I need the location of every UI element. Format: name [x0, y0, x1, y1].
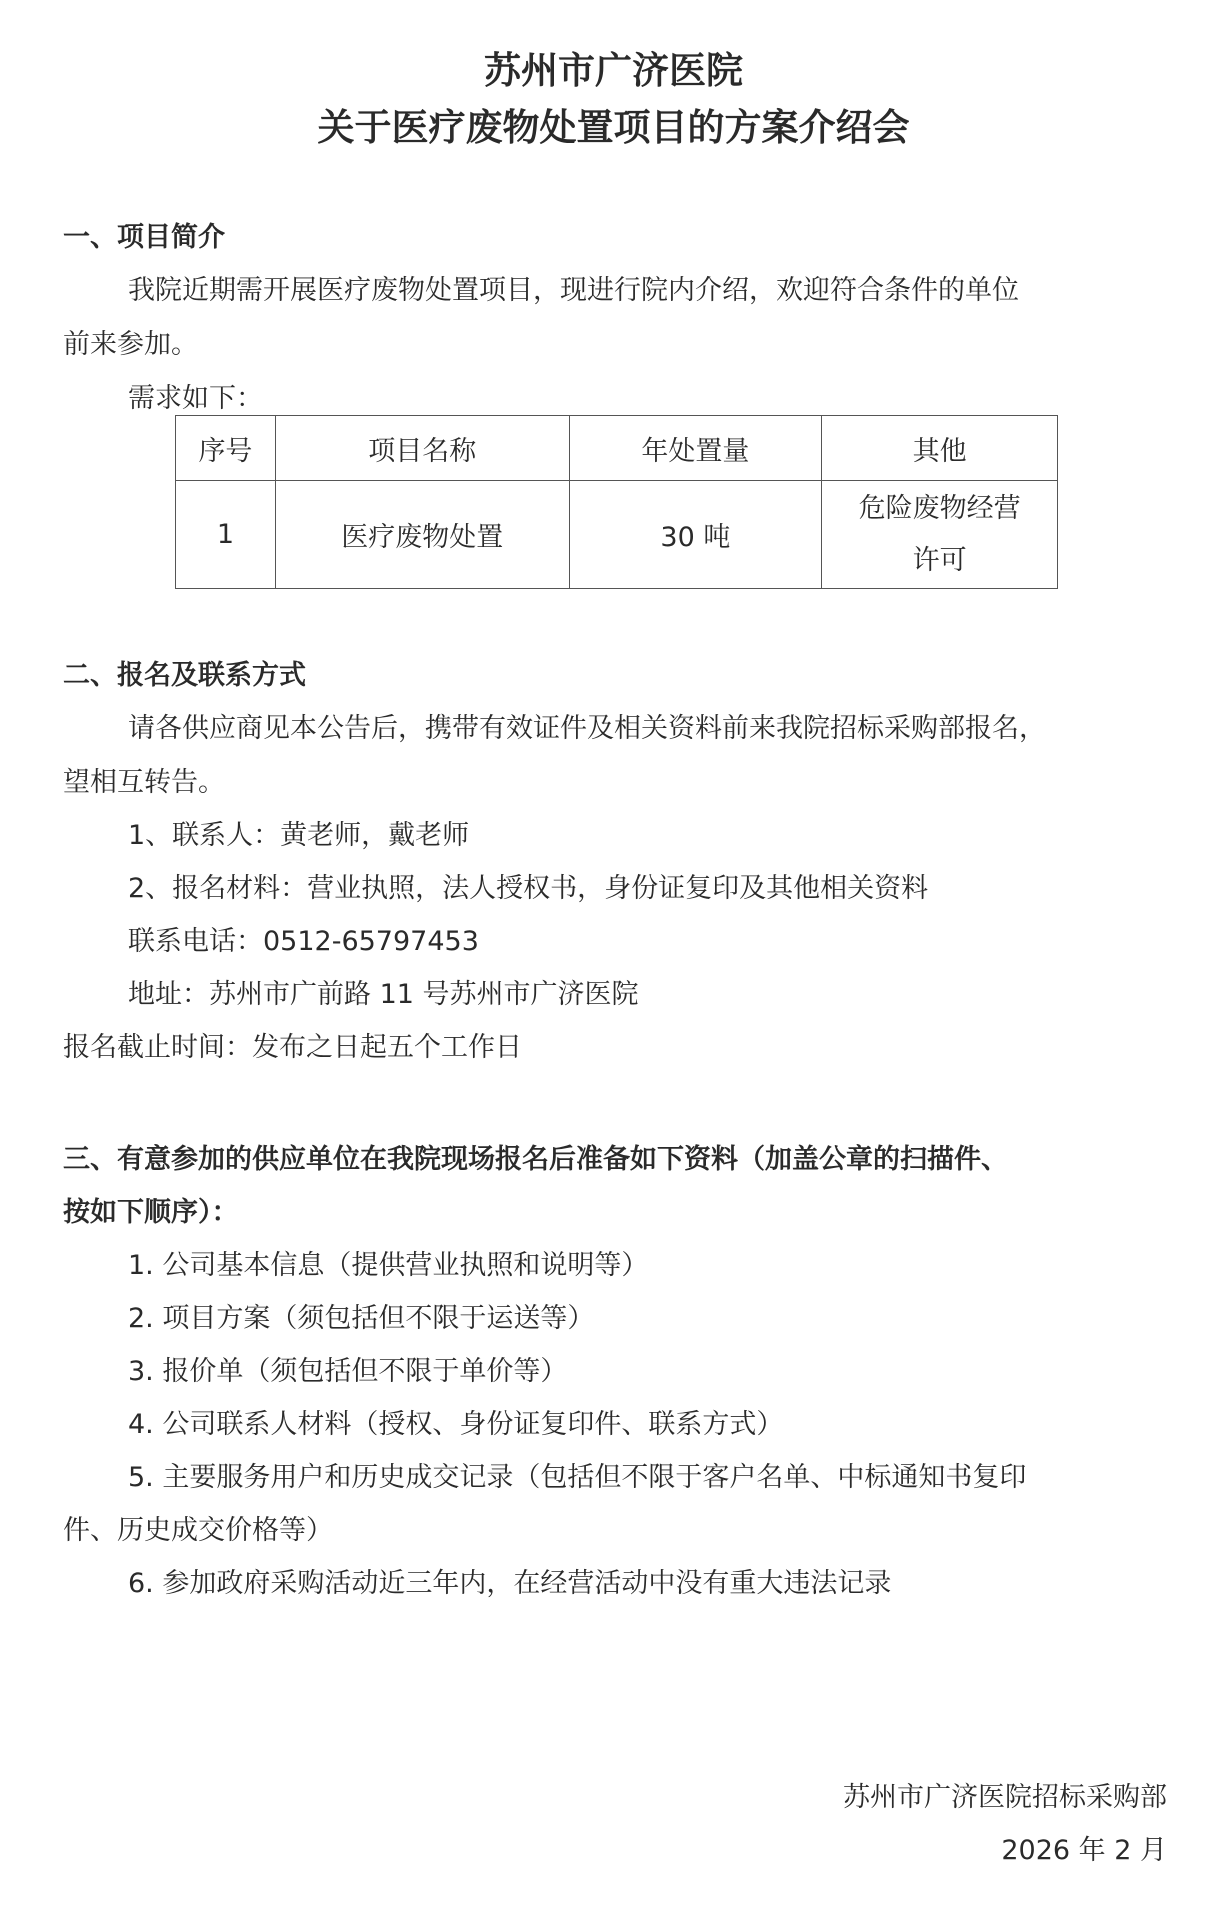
list-item: 3. 报价单（须包括但不限于单价等） [128, 1349, 567, 1388]
list-item: 1. 公司基本信息（提供营业执照和说明等） [128, 1243, 648, 1282]
registration-deadline: 报名截止时间：发布之日起五个工作日 [63, 1025, 522, 1064]
table-header-other: 其他 [822, 416, 1058, 481]
list-item: 5. 主要服务用户和历史成交记录（包括但不限于客户名单、中标通知书复印 [128, 1455, 1026, 1494]
contact-persons: 1、联系人：黄老师，戴老师 [128, 813, 469, 852]
address: 地址：苏州市广前路 11 号苏州市广济医院 [128, 972, 639, 1011]
table-header-row: 序号 项目名称 年处置量 其他 [176, 416, 1058, 481]
table-cell-volume: 30 吨 [569, 481, 822, 589]
section1-heading: 一、项目简介 [63, 215, 225, 254]
document-title-line1: 苏州市广济医院 [0, 40, 1227, 94]
table-cell-other-line1: 危险废物经营 [822, 483, 1057, 535]
table-row: 1 医疗废物处置 30 吨 危险废物经营 许可 [176, 481, 1058, 589]
table-cell-name: 医疗废物处置 [275, 481, 569, 589]
section2-paragraph-line1: 请各供应商见本公告后，携带有效证件及相关资料前来我院招标采购部报名， [128, 706, 1046, 745]
contact-phone: 联系电话：0512-65797453 [128, 919, 479, 958]
list-item: 4. 公司联系人材料（授权、身份证复印件、联系方式） [128, 1402, 783, 1441]
list-item-continuation: 件、历史成交价格等） [63, 1508, 333, 1547]
table-header-index: 序号 [176, 416, 276, 481]
section3-heading-line1: 三、有意参加的供应单位在我院现场报名后准备如下资料（加盖公章的扫描件、 [63, 1137, 1008, 1176]
section2-heading: 二、报名及联系方式 [63, 653, 306, 692]
requirements-table: 序号 项目名称 年处置量 其他 1 医疗废物处置 30 吨 危险废物经营 许可 [175, 415, 1058, 589]
list-item: 6. 参加政府采购活动近三年内，在经营活动中没有重大违法记录 [128, 1561, 891, 1600]
signature-date: 2026 年 2 月 [1001, 1828, 1167, 1867]
table-cell-other-line2: 许可 [822, 535, 1057, 587]
section2-paragraph-line2: 望相互转告。 [63, 760, 225, 799]
table-cell-index: 1 [176, 481, 276, 589]
table-cell-other: 危险废物经营 许可 [822, 481, 1058, 589]
signature-department: 苏州市广济医院招标采购部 [843, 1775, 1167, 1814]
table-header-volume: 年处置量 [569, 416, 822, 481]
table-header-name: 项目名称 [275, 416, 569, 481]
list-item: 2. 项目方案（须包括但不限于运送等） [128, 1296, 594, 1335]
section3-heading-line2: 按如下顺序）： [63, 1190, 239, 1229]
section1-paragraph-line2: 前来参加。 [63, 322, 198, 361]
requirements-label: 需求如下： [128, 376, 263, 415]
registration-materials: 2、报名材料：营业执照，法人授权书，身份证复印及其他相关资料 [128, 866, 928, 905]
section1-paragraph-line1: 我院近期需开展医疗废物处置项目，现进行院内介绍，欢迎符合条件的单位 [128, 268, 1019, 307]
document-title-line2: 关于医疗废物处置项目的方案介绍会 [0, 97, 1227, 151]
